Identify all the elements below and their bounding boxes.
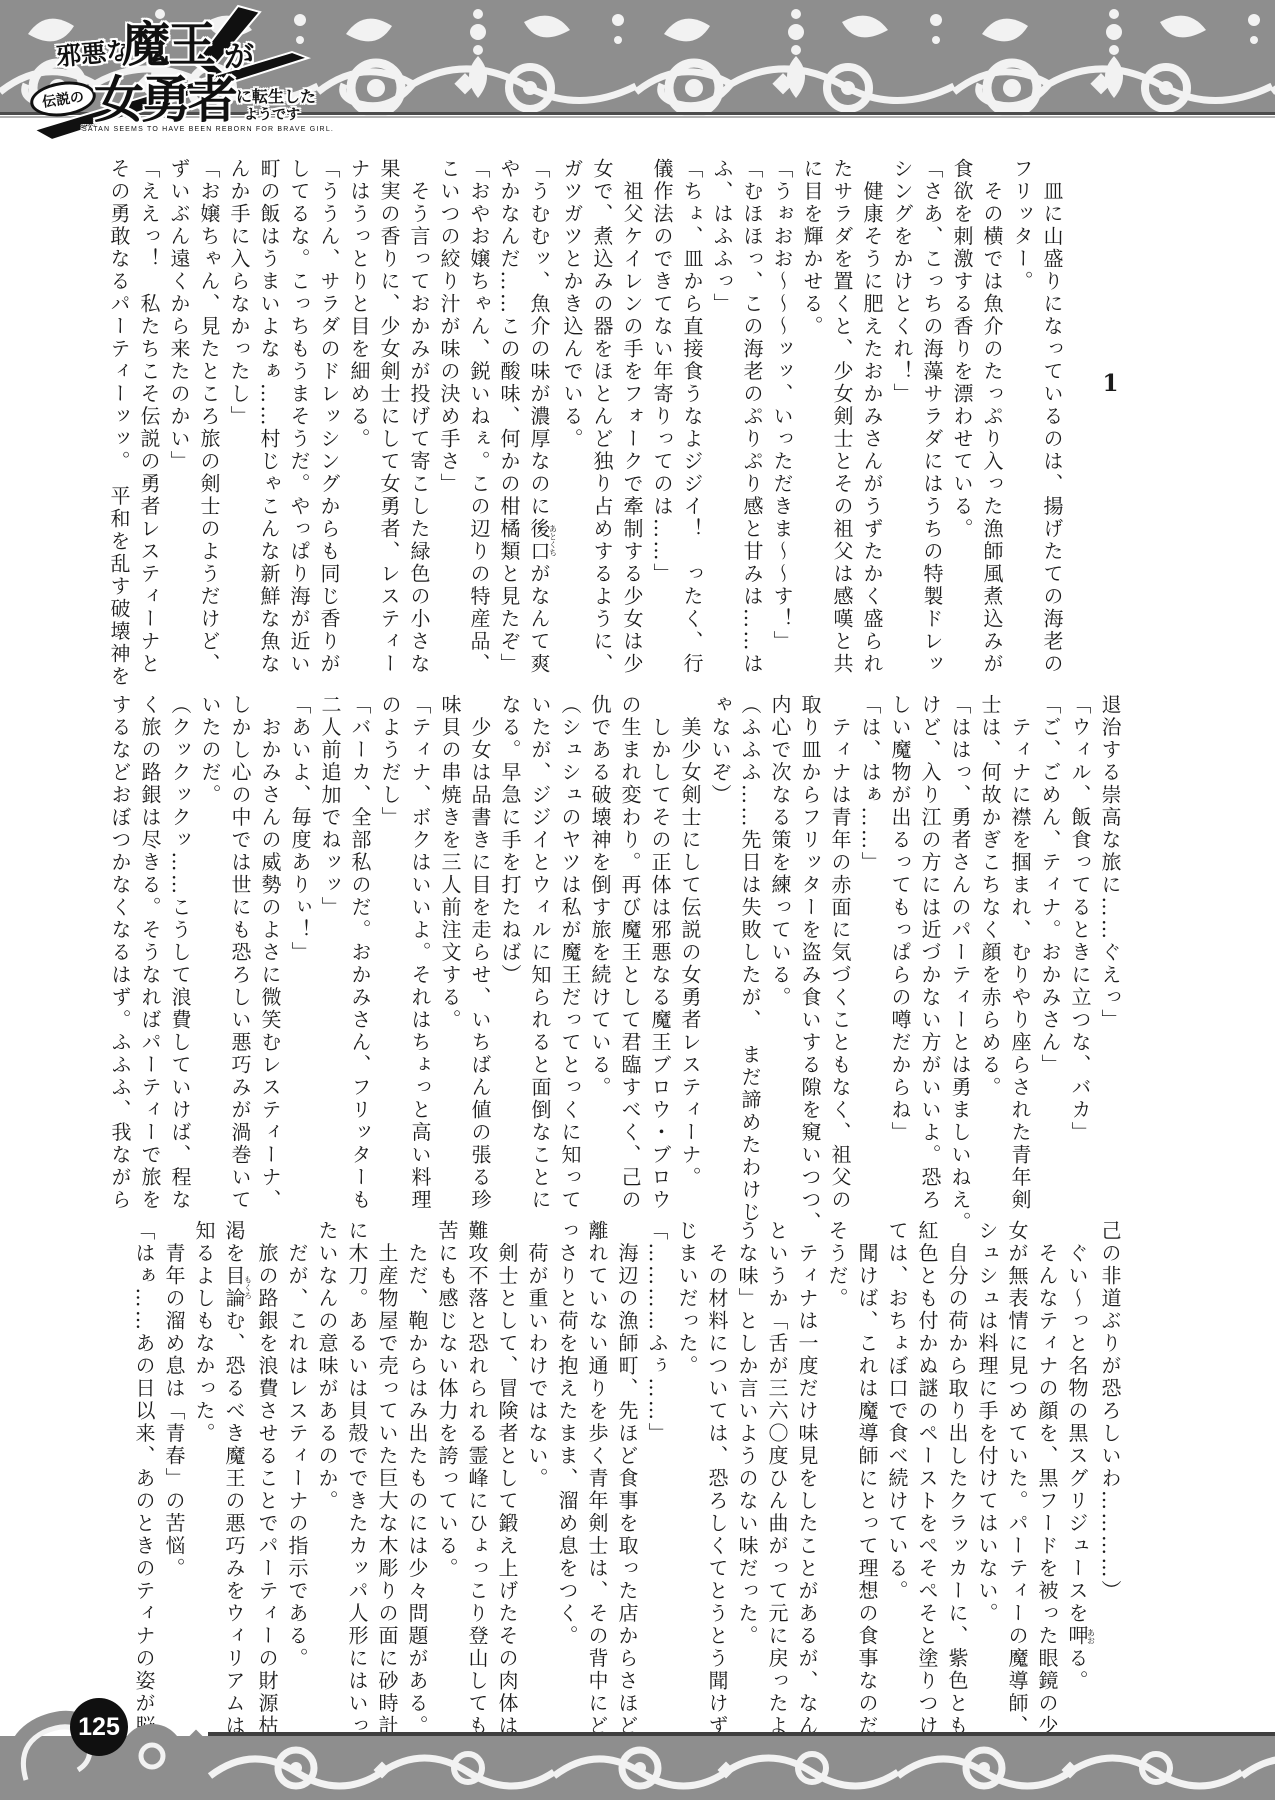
text-line: 「バーカ、全部私のだ。おかみさん、フリッターも xyxy=(345,694,375,1210)
text-line: 苦にも感じない体力を誇っている。 xyxy=(432,1220,462,1736)
text-line: いたが、ジジイとウィルに知られると面倒なことに xyxy=(525,694,555,1210)
text-line: フリッター。 xyxy=(1007,158,1037,674)
text-line: そうだ。 xyxy=(822,1220,852,1736)
text-line: に目を輝かせる。 xyxy=(797,158,827,674)
text-line: に木刀。あるいは貝殻でできたカッパ人形にはいっ xyxy=(342,1220,372,1736)
text-line: してるな。こっちもうまそうだ。やっぱり海が近い xyxy=(284,158,314,674)
text-line: く旅の路銀は尽きる。そうなればパーティーで旅を xyxy=(135,694,165,1210)
text-line: たサラダを置くと、少女剣士とその祖父は感嘆と共 xyxy=(827,158,857,674)
text-line: シュシュは料理に手を付けてはいない。 xyxy=(972,1220,1002,1736)
text-line: 食欲を刺激する香りを漂わせている。 xyxy=(947,158,977,674)
bottom-ornament-border xyxy=(0,1680,1275,1800)
text-line: 旅の路銀を浪費させることでパーティーの財源枯 xyxy=(252,1220,282,1736)
text-line: 祖父ケイレンの手をフォークで牽制する少女は少 xyxy=(617,158,647,674)
text-line: 難攻不落と恐れられる霊峰にひょっこり登山しても xyxy=(462,1220,492,1736)
text-line: 「うむむッ、魚介の味が濃厚なのに後口あとくちがなんて爽 xyxy=(524,158,557,674)
text-line: 内心で次なる策を練っている。 xyxy=(765,694,795,1210)
text-line: 味貝の串焼きを三人前注文する。 xyxy=(435,694,465,1210)
text-line: その勇敢なるパーティーッッ。 平和を乱す破壊神を xyxy=(104,158,134,674)
text-line: 離れていない通りを歩く青年剣士は、その背中にど xyxy=(582,1220,612,1736)
text-line: その材料については、恐ろしくてとうとう聞けず xyxy=(702,1220,732,1736)
text-line: 儀作法のできてない年寄りってのは……」 xyxy=(647,158,677,674)
text-line: しい魔物が出るってもっぱらの噂だからね」 xyxy=(885,694,915,1210)
chapter-number: 1 xyxy=(1095,158,1125,674)
text-line: 美少女剣士にして伝説の女勇者レスティーナ。 xyxy=(675,694,705,1210)
logo-subtitle-en: SATAN SEEMS TO HAVE BEEN REBORN FOR BRAV… xyxy=(82,126,334,133)
text-line: の生まれ変わり。再び魔王として君臨すべく、己の xyxy=(615,694,645,1210)
page-text-area: 1 皿に山盛りになっているのは、揚げたての海老のフリッター。 その横では魚介のた… xyxy=(75,0,1125,1800)
text-line: 「さあ、こっちの海藻サラダにはうちの特製ドレッ xyxy=(917,158,947,674)
text-line: 「むほほっ、この海老のぷりぷり感と甘みは……は xyxy=(737,158,767,674)
text-line: こいつの絞り汁が味の決め手さ」 xyxy=(434,158,464,674)
text-line: いたのだ。 xyxy=(195,694,225,1210)
text-line: 剣士として、冒険者として鍛え上げたその肉体は、 xyxy=(492,1220,522,1736)
text-line: 少女は品書きに目を走らせ、いちばん値の張る珍 xyxy=(465,694,495,1210)
text-line: 士は、何故かぎこちなく顔を赤らめる。 xyxy=(975,694,1005,1210)
text-line: けど、入り江の方には近づかない方がいいよ。恐ろ xyxy=(915,694,945,1210)
text-line: 青年の溜め息は「青春」の苦悩。 xyxy=(159,1220,189,1736)
text-line: 知るよしもなかった。 xyxy=(189,1220,219,1736)
text-line: ガツガツとかき込んでいる。 xyxy=(557,158,587,674)
text-line: 「は、はぁ……」 xyxy=(855,694,885,1210)
text-line: 退治する崇高な旅に……ぐえっ」 xyxy=(1095,694,1125,1210)
text-line: 「…………ふぅ……」 xyxy=(642,1220,672,1736)
text-line: ぐい〜っと名物の黒スグリジュースを呷あおる。 xyxy=(1062,1220,1095,1736)
text-line: 果実の香りに、少女剣士にして女勇者、レスティー xyxy=(374,158,404,674)
text-line: するなどおぼつかなくなるはず。ふふふ、我ながら xyxy=(105,694,135,1210)
text-line: おかみさんの威勢のよさに微笑むレスティーナ、 xyxy=(255,694,285,1210)
text-line: たいなんの意味があるのか。 xyxy=(312,1220,342,1736)
text-line: 「ちょ、皿から直接食うなよジジイ！ ったく、行 xyxy=(677,158,707,674)
text-line: 「あいよ、毎度ありぃ！」 xyxy=(285,694,315,1210)
text-line: 二人前追加でねッッ」 xyxy=(315,694,345,1210)
novel-page: 邪悪な 魔王 が 伝説の 女勇者 に転生した ようです SATAN SEEMS … xyxy=(0,0,1275,1800)
text-line: だが、これはレスティーナの指示である。 xyxy=(282,1220,312,1736)
series-logo: 邪悪な 魔王 が 伝説の 女勇者 に転生した ようです SATAN SEEMS … xyxy=(24,2,324,140)
text-line: 「ははっ、勇者さんのパーティーとは勇ましいねえ。 xyxy=(945,694,975,1210)
text-line: 「ええっ！ 私たちこそ伝説の勇者レスティーナと xyxy=(134,158,164,674)
logo-text-onnayuusha: 女勇者 xyxy=(94,60,235,132)
text-line: 仇である破壊神を倒す旅を続けている。 xyxy=(585,694,615,1210)
novel-text-strip-3: 己の非道ぶりが恐ろしいわ…………） ぐい〜っと名物の黒スグリジュースを呷あおる。… xyxy=(129,1220,1125,1736)
logo-text-youdesu: ようです xyxy=(244,104,300,124)
novel-text-strip-1: 1 皿に山盛りになっているのは、揚げたての海老のフリッター。 その横では魚介のた… xyxy=(104,158,1125,674)
bottom-ornament-pattern xyxy=(0,1680,1275,1800)
text-line: しかしてその正体は邪悪なる魔王ブロウ・ブロウ xyxy=(645,694,675,1210)
text-line: んか手に入らなかったし」 xyxy=(224,158,254,674)
text-line: 自分の荷から取り出したクラッカーに、紫色とも xyxy=(942,1220,972,1736)
text-line: 「ティナ、ボクはいいよ。それはちょっと高い料理 xyxy=(405,694,435,1210)
text-line: うな味」としか言いようのない味だった。 xyxy=(732,1220,762,1736)
text-line: 健康そうに肥えたおかみさんがうずたかく盛られ xyxy=(857,158,887,674)
text-line: その横では魚介のたっぷり入った漁師風煮込みが xyxy=(977,158,1007,674)
text-line: 紅色とも付かぬ謎のペーストをぺそぺそと塗りつけ xyxy=(912,1220,942,1736)
text-line: ふ、はふふっ」 xyxy=(707,158,737,674)
text-line: 荷が重いわけではない。 xyxy=(522,1220,552,1736)
text-line: 「ご、ごめん、ティナ。おかみさん」 xyxy=(1035,694,1065,1210)
text-line: じまいだった。 xyxy=(672,1220,702,1736)
text-line: ティナは青年の赤面に気づくこともなく、祖父の xyxy=(825,694,855,1210)
text-line: 聞けば、これは魔導師にとって理想の食事なのだ xyxy=(852,1220,882,1736)
text-line: 己の非道ぶりが恐ろしいわ…………） xyxy=(1095,1220,1125,1736)
text-line: ては、おちょぼ口で食べ続けている。 xyxy=(882,1220,912,1736)
text-line: シングをかけとくれ！」 xyxy=(887,158,917,674)
text-line: （シュシュのヤツは私が魔王だってとっくに知って xyxy=(555,694,585,1210)
text-line: やかなんだ……この酸味、何かの柑橘類と見たぞ」 xyxy=(494,158,524,674)
text-line: なる。早急に手を打たねば） xyxy=(495,694,525,1210)
text-line: 「はぁ……あの日以来、あのときのティナの姿が脳 xyxy=(129,1220,159,1736)
text-line: っさりと荷を抱えたまま、溜め息をつく。 xyxy=(552,1220,582,1736)
text-line: ティナは一度だけ味見をしたことがあるが、なん xyxy=(792,1220,822,1736)
text-line: しかし心の中では世にも恐ろしい悪巧みが渦巻いて xyxy=(225,694,255,1210)
text-line: 「ううん、サラダのドレッシングからも同じ香りが xyxy=(314,158,344,674)
novel-text-strip-2: 退治する崇高な旅に……ぐえっ」「ウィル、飯食ってるときに立つな、バカ」「ご、ごめ… xyxy=(105,694,1125,1210)
page-number: 125 xyxy=(78,1713,120,1742)
text-line: のようだし」 xyxy=(375,694,405,1210)
text-line: 土産物屋で売っていた巨大な木彫りの面に砂時計 xyxy=(372,1220,402,1736)
text-line: 「ウィル、飯食ってるときに立つな、バカ」 xyxy=(1065,694,1095,1210)
text-line: そう言っておかみが投げて寄こした緑色の小さな xyxy=(404,158,434,674)
text-line: 皿に山盛りになっているのは、揚げたての海老の xyxy=(1037,158,1067,674)
text-line: 取り皿からフリッターを盗み食いする隙を窺いつつ、 xyxy=(795,694,825,1210)
text-line: 女で、煮込みの器をほとんど独り占めするように、 xyxy=(587,158,617,674)
text-line: （クックックッ……こうして浪費していけば、程な xyxy=(165,694,195,1210)
text-line: ゃないぞ） xyxy=(705,694,735,1210)
text-line: （ふふふ……先日は失敗したが、 まだ諦めたわけじ xyxy=(735,694,765,1210)
page-number-badge: 125 xyxy=(70,1698,128,1756)
text-line: ただ、鞄からはみ出たものには少々問題がある。 xyxy=(402,1220,432,1736)
text-line: 「お嬢ちゃん、見たところ旅の剣士のようだけど、 xyxy=(194,158,224,674)
text-line: ナはうっとりと目を細める。 xyxy=(344,158,374,674)
text-line: 女が無表情に見つめていた。パーティーの魔導師、 xyxy=(1002,1220,1032,1736)
text-line: ずいぶん遠くから来たのかい」 xyxy=(164,158,194,674)
text-line: ティナに襟を掴まれ、むりやり座らされた青年剣 xyxy=(1005,694,1035,1210)
text-line: というか「舌が三六〇度ひん曲がって元に戻ったよ xyxy=(762,1220,792,1736)
text-line: 渇を目論もくろむ、恐るべき魔王の悪巧みをウィリアムは xyxy=(219,1220,252,1736)
text-line: 「おやお嬢ちゃん、鋭いねぇ。この辺りの特産品、 xyxy=(464,158,494,674)
text-line: 海辺の漁師町、先ほど食事を取った店からさほど xyxy=(612,1220,642,1736)
text-line: 町の飯はうまいよなぁ……村じゃこんな新鮮な魚な xyxy=(254,158,284,674)
text-line: 「うぉおお〜〜〜ッッ、いっただきま〜〜す！」 xyxy=(767,158,797,674)
text-line: そんなティナの顔を、黒フードを被った眼鏡の少 xyxy=(1032,1220,1062,1736)
